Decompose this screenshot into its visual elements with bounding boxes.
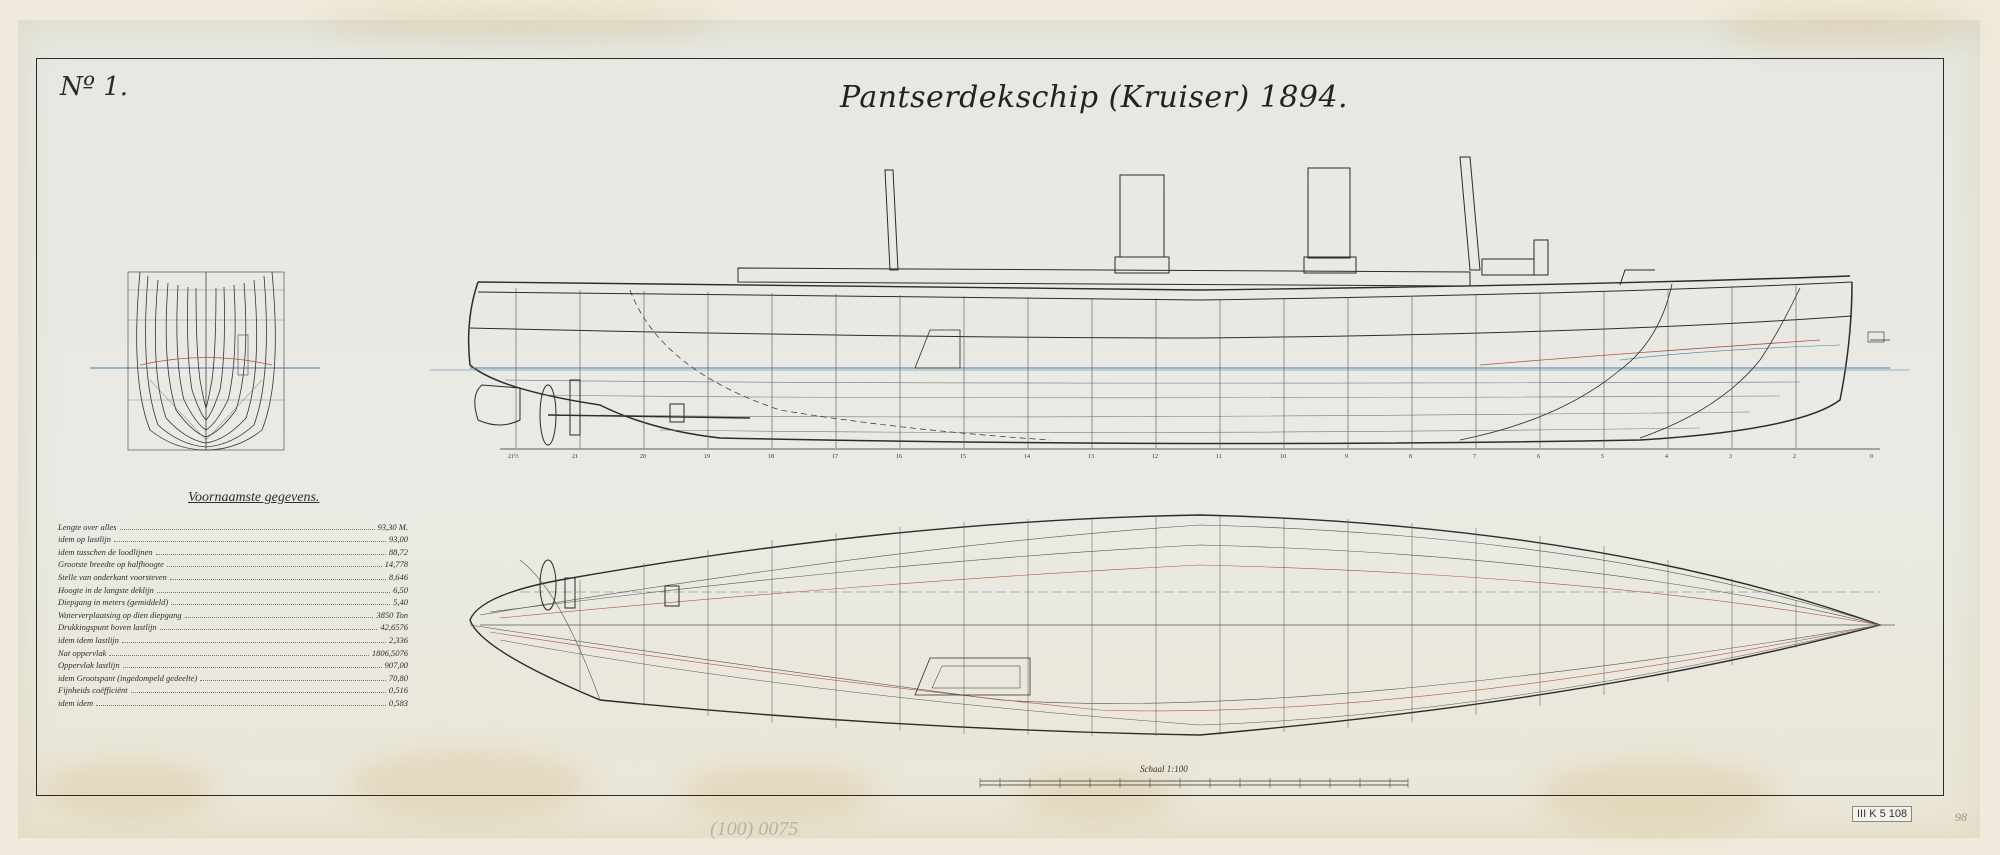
svg-text:16: 16 bbox=[896, 454, 902, 460]
particulars-row: idem op lastlijn93,00 bbox=[58, 533, 408, 546]
particulars-heading: Voornaamste gegevens. bbox=[188, 490, 408, 506]
particulars-row: Fijnheids coëfficiënt0,516 bbox=[58, 684, 408, 697]
particulars-row: Hoogte in de langste deklijn6,50 bbox=[58, 583, 408, 596]
profile-view bbox=[430, 157, 1910, 449]
particulars-row: Diepgang in meters (gemiddeld)5,40 bbox=[58, 596, 408, 609]
particulars-row: idem idem lastlijn2,336 bbox=[58, 633, 408, 646]
svg-text:11: 11 bbox=[1216, 454, 1222, 460]
scale-bar bbox=[980, 778, 1408, 788]
particulars-row: Grootste breedte op halfhoogte14,778 bbox=[58, 558, 408, 571]
svg-text:0: 0 bbox=[1870, 454, 1873, 460]
svg-text:8: 8 bbox=[1409, 454, 1412, 460]
svg-text:6: 6 bbox=[1537, 454, 1540, 460]
ship-lines-drawing: 21½21 2019 1817 1615 1413 1211 109 87 65… bbox=[0, 0, 2000, 855]
svg-text:19: 19 bbox=[704, 454, 710, 460]
body-plan bbox=[90, 272, 320, 450]
svg-text:2: 2 bbox=[1793, 454, 1796, 460]
svg-text:9: 9 bbox=[1345, 454, 1348, 460]
svg-text:14: 14 bbox=[1024, 454, 1030, 460]
svg-text:21: 21 bbox=[572, 454, 578, 460]
svg-text:5: 5 bbox=[1601, 454, 1604, 460]
archive-stamp: III K 5 108 bbox=[1852, 806, 1912, 822]
particulars-row: Nat oppervlak1806,5076 bbox=[58, 646, 408, 659]
svg-text:20: 20 bbox=[640, 454, 646, 460]
station-labels: 21½21 2019 1817 1615 1413 1211 109 87 65… bbox=[508, 453, 1873, 460]
svg-text:12: 12 bbox=[1152, 454, 1158, 460]
svg-text:4: 4 bbox=[1665, 454, 1668, 460]
particulars-row: Stelle van onderkant voorsteven8,646 bbox=[58, 570, 408, 583]
svg-text:10: 10 bbox=[1280, 454, 1286, 460]
particulars-row: idem idem0,583 bbox=[58, 696, 408, 709]
svg-text:13: 13 bbox=[1088, 454, 1094, 460]
corner-pencil-note: 98 bbox=[1955, 810, 1967, 825]
pencil-annotation: (100) 0075 bbox=[710, 818, 798, 841]
svg-text:21½: 21½ bbox=[508, 453, 519, 460]
svg-text:7: 7 bbox=[1473, 454, 1476, 460]
svg-text:3: 3 bbox=[1729, 454, 1732, 460]
particulars-row: Oppervlak lastlijn907,00 bbox=[58, 659, 408, 672]
scale-label: Schaal 1:100 bbox=[1140, 764, 1188, 774]
principal-particulars-table: Voornaamste gegevens. Lengte over alles9… bbox=[58, 490, 408, 709]
svg-text:17: 17 bbox=[832, 454, 838, 460]
particulars-row: Lengte over alles93,30 M. bbox=[58, 520, 408, 533]
plan-view bbox=[470, 515, 1895, 736]
particulars-row: Drukkingspunt boven lastlijn42,6576 bbox=[58, 621, 408, 634]
particulars-row: idem Grootspant (ingedompeld gedeelte)70… bbox=[58, 671, 408, 684]
svg-text:18: 18 bbox=[768, 454, 774, 460]
particulars-row: Waterverplaatsing op dien diepgang3850 T… bbox=[58, 608, 408, 621]
particulars-row: idem tusschen de loodlijnen88,72 bbox=[58, 545, 408, 558]
svg-text:15: 15 bbox=[960, 454, 966, 460]
